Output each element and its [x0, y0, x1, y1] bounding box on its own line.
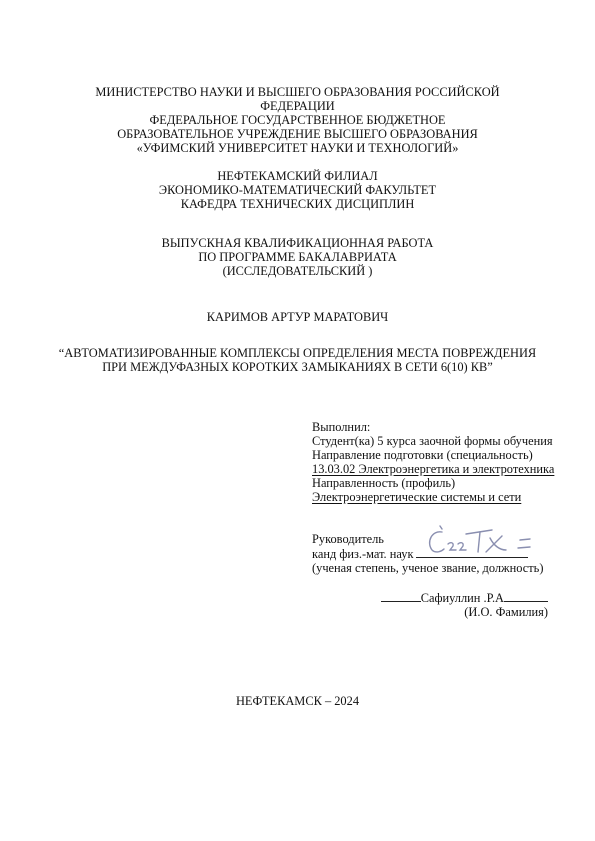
signature-icon [420, 520, 560, 560]
profile-value: Электроэнергетические системы и сети [312, 490, 562, 504]
thesis-title-line: “АВТОМАТИЗИРОВАННЫЕ КОМПЛЕКСЫ ОПРЕДЕЛЕНИ… [0, 346, 595, 360]
supervisor-name: Сафиуллин .Р.А [421, 591, 504, 605]
supervisor-degree: канд физ.-мат. наук [312, 547, 413, 561]
profile-label: Направленность (профиль) [312, 476, 562, 490]
branch-header: НЕФТЕКАМСКИЙ ФИЛИАЛ ЭКОНОМИКО-МАТЕМАТИЧЕ… [0, 169, 595, 211]
direction-value: 13.03.02 Электроэнергетика и электротехн… [312, 462, 562, 476]
branch-line: НЕФТЕКАМСКИЙ ФИЛИАЛ [0, 169, 595, 183]
org-line: ФЕДЕРАЛЬНОЕ ГОСУДАРСТВЕННОЕ БЮДЖЕТНОЕ [0, 113, 595, 127]
city-year: НЕФТЕКАМСК – 2024 [0, 694, 595, 708]
name-dash-left [381, 590, 421, 602]
org-line: ФЕДЕРАЦИИ [0, 99, 595, 113]
work-type-line: ПО ПРОГРАММЕ БАКАЛАВРИАТА [0, 250, 595, 264]
work-type-line: ВЫПУСКНАЯ КВАЛИФИКАЦИОННАЯ РАБОТА [0, 236, 595, 250]
degree-hint: (ученая степень, ученое звание, должност… [312, 561, 562, 575]
author-name: КАРИМОВ АРТУР МАРАТОВИЧ [0, 310, 595, 324]
thesis-title-line: ПРИ МЕЖДУФАЗНЫХ КОРОТКИХ ЗАМЫКАНИЯХ В СЕ… [0, 360, 595, 374]
name-dash-right [504, 590, 548, 602]
work-type-line: (ИССЛЕДОВАТЕЛЬСКИЙ ) [0, 264, 595, 278]
direction-label: Направление подготовки (специальность) [312, 448, 562, 462]
org-line: ОБРАЗОВАТЕЛЬНОЕ УЧРЕЖДЕНИЕ ВЫСШЕГО ОБРАЗ… [0, 127, 595, 141]
branch-line: ЭКОНОМИКО-МАТЕМАТИЧЕСКИЙ ФАКУЛЬТЕТ [0, 183, 595, 197]
student-info: Студент(ка) 5 курса заочной формы обучен… [312, 434, 562, 448]
name-hint: (И.О. Фамилия) [300, 605, 548, 619]
supervisor-name-block: Сафиуллин .Р.А (И.О. Фамилия) [300, 590, 548, 619]
work-type: ВЫПУСКНАЯ КВАЛИФИКАЦИОННАЯ РАБОТА ПО ПРО… [0, 236, 595, 278]
performed-by-label: Выполнил: [312, 420, 562, 434]
org-line: «УФИМСКИЙ УНИВЕРСИТЕТ НАУКИ И ТЕХНОЛОГИЙ… [0, 141, 595, 155]
thesis-title: “АВТОМАТИЗИРОВАННЫЕ КОМПЛЕКСЫ ОПРЕДЕЛЕНИ… [0, 346, 595, 374]
branch-line: КАФЕДРА ТЕХНИЧЕСКИХ ДИСЦИПЛИН [0, 197, 595, 211]
supervisor-name-row: Сафиуллин .Р.А [300, 590, 548, 605]
org-line: МИНИСТЕРСТВО НАУКИ И ВЫСШЕГО ОБРАЗОВАНИЯ… [0, 85, 595, 99]
organization-header: МИНИСТЕРСТВО НАУКИ И ВЫСШЕГО ОБРАЗОВАНИЯ… [0, 85, 595, 155]
performed-by-block: Выполнил: Студент(ка) 5 курса заочной фо… [312, 420, 562, 504]
